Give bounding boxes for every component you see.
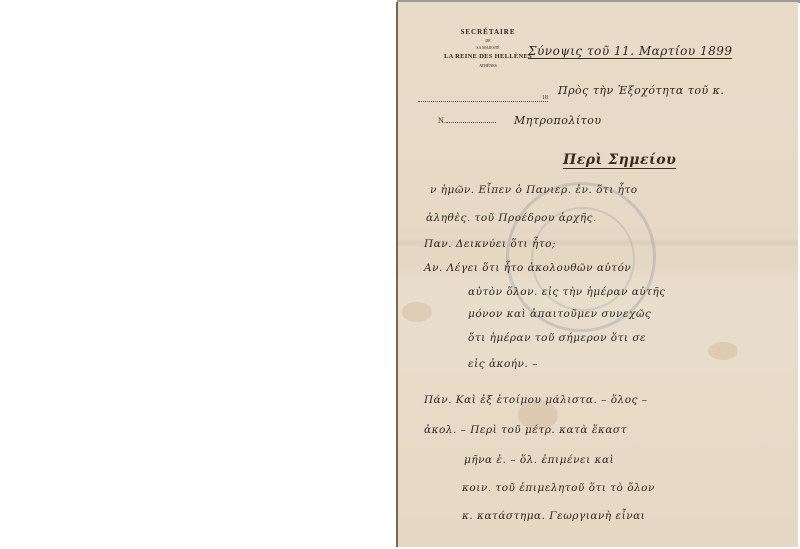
line: ἀκολ. – Περὶ τοῦ μέτρ. κατὰ ἕκαστ (424, 424, 627, 436)
dateline: Σύνοψις τοῦ 11. Μαρτίου 1899 (528, 44, 732, 59)
line: ὅτι ἡμέραν τοῦ σήμερον ὅτι σε (468, 332, 646, 344)
line: ἀληθὲς. τοῦ Προέδρου ἀρχῆς. (426, 212, 597, 224)
stain (402, 302, 432, 322)
salutation-2: Μητροπολίτου (514, 114, 602, 127)
heading: Περὶ Σημείου (563, 152, 676, 169)
line: εἰς ἀκοήν. – (468, 358, 538, 370)
line: Αν. Λέγει ὅτι ἦτο ἀκολουθῶν αὐτόν (424, 262, 631, 274)
line: κοιν. τοῦ ἐπιμελητοῦ ὅτι τὸ ὅλον (462, 482, 655, 494)
letter-page: SECRÉTAIRE DE SA MAJESTÉ LA REINE DES HE… (396, 2, 798, 547)
line: μόνον καὶ ἀπαιτοῦμεν συνεχῶς (468, 308, 651, 320)
number-line: N. (438, 116, 508, 125)
line: κ. κατάστημα. Γεωργιανὴ εἶναι (462, 510, 645, 522)
date-line: 18 (418, 95, 548, 102)
salutation-1: Πρὸς τὴν Ἐξοχότητα τοῦ κ. (558, 84, 724, 97)
line: μῆνα ἐ. – ὅλ. ἐπιμένει καὶ (464, 454, 614, 466)
stain (708, 342, 738, 360)
line: ν ἡμῶν. Εἶπεν ὁ Πανιερ. ἐν. ὅτι ἦτο (430, 184, 638, 196)
line: Πάν. Καὶ ἐξ ἑτοίμου μάλιστα. – ὅλος – (424, 394, 647, 406)
line: Παν. Δεικνύει ὅτι ἦτο; (424, 238, 556, 250)
letterhead-title: SECRÉTAIRE (418, 28, 558, 36)
line: αὐτὸν ὅλον. εἰς τὴν ἡμέραν αὐτῆς (468, 286, 666, 298)
